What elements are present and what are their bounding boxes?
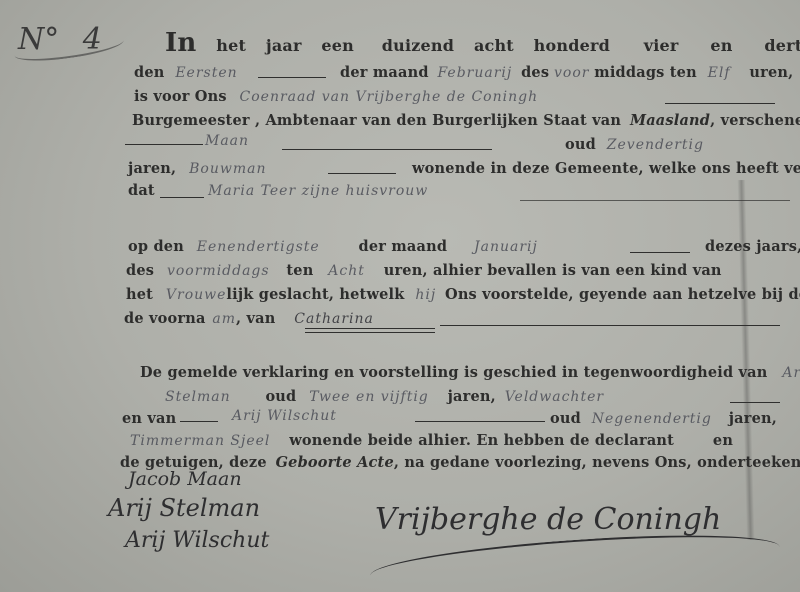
line-1: In het jaar een duizend acht honderd vie… (165, 28, 800, 58)
line-12: De gemelde verklaring en voorstelling is… (140, 364, 800, 381)
line-6b: wonende in deze Gemeente, welke ons heef… (412, 160, 800, 177)
fill-line (440, 325, 780, 326)
line-14: en van (122, 410, 176, 427)
signature-arij-stelman: Arij Stelman (108, 494, 260, 522)
fill-line (160, 197, 204, 198)
birth-certificate-page: N° 4 In het jaar een duizend acht honder… (0, 0, 800, 592)
line-6: jaren, Bouwman (128, 160, 266, 177)
paper-fold-crease (737, 180, 754, 540)
fill-line (630, 252, 690, 253)
signature-arij-wilschut: Arij Wilschut (125, 528, 269, 553)
line-8b: dezes jaars, (705, 238, 800, 255)
fill-line (305, 328, 435, 329)
fill-line (125, 144, 203, 145)
fill-line (730, 402, 780, 403)
line-13: Stelman oud Twee en vijftig jaren, Veldw… (165, 388, 604, 405)
fill-line (180, 421, 218, 422)
signature-vrijberghe-de-coningh: Vrijberghe de Coningh (375, 502, 721, 537)
line-15: Timmerman Sjeel wonende beide alhier. En… (130, 432, 733, 449)
fill-line (665, 103, 775, 104)
fill-line (520, 200, 790, 201)
line-5-hand: Maan (205, 133, 249, 149)
fill-line (415, 421, 545, 422)
line-8: op den Eenendertigste der maand Januarij (128, 238, 538, 255)
signature-jacob-maan: Jacob Maan (128, 468, 242, 490)
line-9: des voormiddags ten Acht uren, alhier be… (126, 262, 722, 279)
line-4: Burgemeester , Ambtenaar van den Burgerl… (132, 112, 800, 129)
line-7-hand: Maria Teer zijne huisvrouw (208, 183, 428, 199)
line-11: de voorna am, van Catharina (124, 310, 374, 327)
fill-line (305, 332, 435, 333)
line-2b: der maand Februarij des voor middags ten… (340, 64, 793, 81)
line-3: is voor Ons Coenraad van Vrijberghe de C… (134, 88, 538, 105)
line-5: oud Zevendertig (565, 136, 704, 153)
line-10: het Vrouwelijk geslacht, hetwelk hij Ons… (126, 286, 800, 303)
record-number: N° 4 (18, 22, 102, 57)
fill-line (282, 149, 492, 150)
fill-line (328, 173, 396, 174)
fill-line (258, 77, 326, 78)
line-2: den Eersten (134, 64, 238, 81)
line-7: dat (128, 182, 155, 199)
line-14-hand: Arij Wilschut (232, 408, 337, 424)
line-14b: oud Negenendertig jaren, (550, 410, 777, 427)
